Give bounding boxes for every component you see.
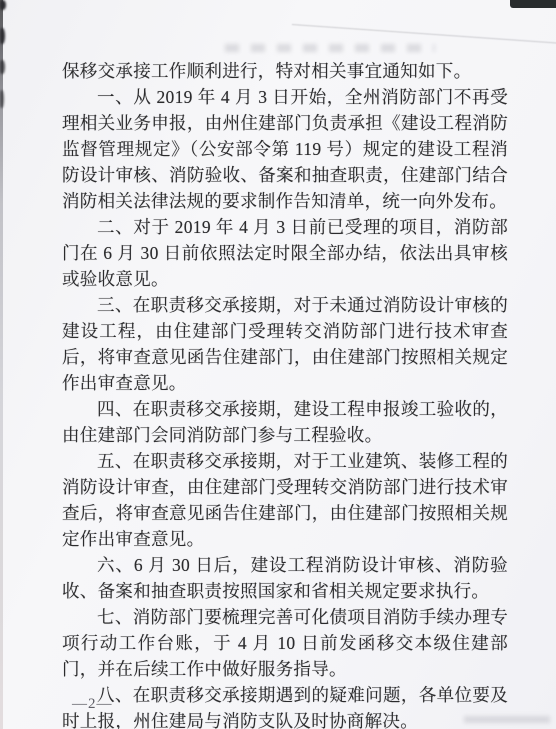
scanned-document-page: 保移交承接工作顺利进行，特对相关事宜通知如下。 一、从 2019 年 4 月 3… xyxy=(0,0,556,729)
scan-edge-blob xyxy=(0,0,6,10)
scan-edge-blob xyxy=(0,28,5,44)
paragraph-item-3: 三、在职责移交承接期，对于未通过消防设计审核的建设工程，由住建部门受理转交消防部… xyxy=(62,292,508,396)
page-number: —2— xyxy=(72,696,113,713)
paragraph-item-4: 四、在职责移交承接期，建设工程申报竣工验收的，由住建部门会同消防部门参与工程验收… xyxy=(62,396,508,448)
paragraph-item-1: 一、从 2019 年 4 月 3 日开始，全州消防部门不再受理相关业务申报，由州… xyxy=(62,84,508,214)
scan-crease-artifact xyxy=(292,24,556,44)
scan-left-edge-artifact xyxy=(0,0,3,729)
scan-edge-blob xyxy=(0,90,4,108)
paragraph-continuation: 保移交承接工作顺利进行，特对相关事宜通知如下。 xyxy=(62,58,508,84)
paragraph-item-2: 二、对于 2019 年 4 月 3 日前已受理的项目，消防部门在 6 月 30 … xyxy=(62,214,508,292)
document-body: 保移交承接工作顺利进行，特对相关事宜通知如下。 一、从 2019 年 4 月 3… xyxy=(62,58,508,729)
scan-edge-blob xyxy=(0,60,5,74)
paragraph-item-7: 七、消防部门要梳理完善可化债项目消防手续办理专项行动工作台账，于 4 月 10 … xyxy=(62,604,508,682)
paragraph-item-5: 五、在职责移交承接期，对于工业建筑、装修工程的消防设计审查，由住建部门受理转交消… xyxy=(62,448,508,552)
paragraph-item-8: 八、在职责移交承接期遇到的疑难问题，各单位要及时上报，州住建局与消防支队及时协商… xyxy=(62,682,508,729)
scan-bleedthrough-artifact xyxy=(225,44,435,52)
scan-top-right-corner-artifact xyxy=(510,0,556,8)
paragraph-item-6: 六、6 月 30 日后，建设工程消防设计审核、消防验收、备案和抽查职责按照国家和… xyxy=(62,552,508,604)
